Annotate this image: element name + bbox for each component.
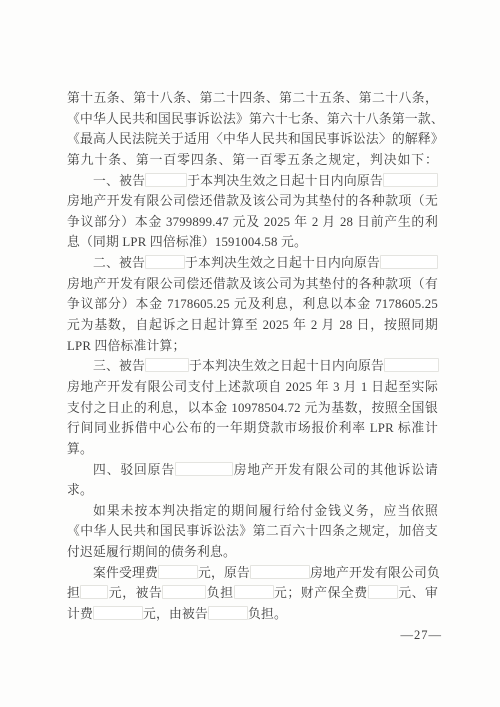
text-line: 三、被告于本判决生效之日起十日内向原告 (67, 356, 438, 377)
text-line: 争议部分）本金 7178605.25 元及利息，利息以本金 7178605.25 (67, 294, 438, 315)
text-line: 房地产开发有限公司支付上述款项自 2025 年 3 月 1 日起至实际 (67, 377, 438, 398)
redaction-blank (380, 255, 438, 269)
text-segment: 元；财产保全费 (274, 586, 368, 600)
text-line: 担元，被告负担元；财产保全费元、审 (67, 583, 438, 604)
text-line: 算。 (67, 439, 438, 460)
text-segment: 担 (67, 586, 80, 600)
text-segment: 计费 (67, 607, 93, 621)
text-segment: 于本判决生效之日起十日内向原告 (189, 359, 384, 373)
text-segment: 四、驳回原告 (93, 463, 175, 477)
text-segment: 一、被告 (93, 174, 145, 188)
redaction-blank (93, 606, 143, 620)
text-segment: 负担。 (248, 607, 287, 621)
text-segment: 房地产开发有限公司负 (310, 566, 440, 580)
text-segment: 求。 (67, 483, 93, 497)
text-segment: 争议部分）本金 7178605.25 元及利息，利息以本金 7178605.25 (67, 297, 438, 311)
text-segment: 负担 (206, 586, 233, 600)
redaction-blank (384, 358, 439, 372)
text-line: 争议部分）本金 3799899.47 元及 2025 年 2 月 28 日前产生… (67, 212, 438, 233)
redaction-blank (158, 565, 198, 579)
text-segment: 元，由被告 (143, 607, 208, 621)
text-line: 行间同业拆借中心公布的一年期贷款市场报价利率 LPR 标准计 (67, 418, 438, 439)
document-page: 第十五条、第十八条、第二十四条、第二十五条、第二十八条，《中华人民共和国民事诉讼… (0, 0, 500, 707)
text-line: 《中华人民共和国民事诉讼法》第二百六十四条之规定，加倍支 (67, 521, 438, 542)
text-line: 第十五条、第十八条、第二十四条、第二十五条、第二十八条， (67, 88, 438, 109)
redaction-blank (208, 606, 248, 620)
text-line: 案件受理费元，原告房地产开发有限公司负 (67, 563, 438, 584)
page-number: —27— (401, 628, 443, 643)
redaction-blank (383, 173, 438, 187)
text-line: 元为基数，自起诉之日起计算至 2025 年 2 月 28 日，按照同期 (67, 315, 438, 336)
text-segment: 三、被告 (93, 359, 145, 373)
text-segment: 房地产开发有限公司的其他诉讼请 (233, 463, 438, 477)
text-segment: 算。 (67, 442, 93, 456)
text-segment: 于本判决生效之日起十日内向原告 (185, 256, 380, 270)
text-line: 息（同期 LPR 四倍标准）1591004.58 元。 (67, 232, 438, 253)
text-segment: 《中华人民共和国民事诉讼法》第二百六十四条之规定，加倍支 (67, 524, 438, 538)
text-segment: 如果未按本判决指定的期间履行给付金钱义务，应当依照 (93, 504, 438, 518)
text-line: 《中华人民共和国民事诉讼法》第六十七条、第六十八条第一款、 (67, 109, 438, 130)
text-segment: 行间同业拆借中心公布的一年期贷款市场报价利率 LPR 标准计 (67, 421, 438, 435)
text-segment: 争议部分）本金 3799899.47 元及 2025 年 2 月 28 日前产生… (67, 215, 438, 229)
text-segment: 付迟延履行期间的债务利息。 (67, 545, 236, 559)
text-line: 一、被告于本判决生效之日起十日内向原告 (67, 171, 438, 192)
redaction-blank (368, 585, 398, 599)
redaction-blank (145, 358, 189, 372)
redaction-blank (145, 255, 185, 269)
judgment-text-block: 第十五条、第十八条、第二十四条、第二十五条、第二十八条，《中华人民共和国民事诉讼… (67, 88, 438, 625)
text-line: 房地产开发有限公司偿还借款及该公司为其垫付的各种款项（无 (67, 191, 438, 212)
text-segment: 支付之日止的利息，以本金 10978504.72 元为基数，按照全国银 (67, 401, 438, 415)
text-line: 四、驳回原告房地产开发有限公司的其他诉讼请 (67, 460, 438, 481)
text-line: 付迟延履行期间的债务利息。 (67, 542, 438, 563)
text-segment: 第十五条、第十八条、第二十四条、第二十五条、第二十八条， (67, 91, 438, 105)
text-segment: 《中华人民共和国民事诉讼法》第六十七条、第六十八条第一款、 (67, 112, 444, 126)
text-line: 计费元，由被告负担。 (67, 604, 438, 625)
text-line: 二、被告于本判决生效之日起十日内向原告 (67, 253, 438, 274)
redaction-blank (175, 462, 233, 476)
text-segment: 元，原告 (198, 566, 250, 580)
redaction-blank (145, 173, 187, 187)
redaction-blank (234, 585, 274, 599)
text-line: 《最高人民法院关于适用〈中华人民共和国民事诉讼法〉的解释》 (67, 129, 438, 150)
text-segment: LPR 四倍标准计算； (67, 339, 185, 353)
text-segment: 房地产开发有限公司偿还借款及该公司为其垫付的各种款项（无 (67, 194, 438, 208)
text-segment: 第九十条、第一百零四条、第一百零五条之规定，判决如下： (67, 153, 438, 167)
redaction-blank (80, 585, 108, 599)
text-segment: 元，被告 (108, 586, 162, 600)
text-segment: 房地产开发有限公司偿还借款及该公司为其垫付的各种款项（有 (67, 277, 438, 291)
text-segment: 于本判决生效之日起十日内向原告 (187, 174, 383, 188)
text-segment: 《最高人民法院关于适用〈中华人民共和国民事诉讼法〉的解释》 (67, 132, 444, 146)
text-line: LPR 四倍标准计算； (67, 336, 438, 357)
text-line: 支付之日止的利息，以本金 10978504.72 元为基数，按照全国银 (67, 398, 438, 419)
text-segment: 房地产开发有限公司支付上述款项自 2025 年 3 月 1 日起至实际 (67, 380, 438, 394)
text-segment: 案件受理费 (93, 566, 158, 580)
text-line: 求。 (67, 480, 438, 501)
redaction-blank (162, 585, 206, 599)
text-segment: 元、审 (398, 586, 438, 600)
text-line: 房地产开发有限公司偿还借款及该公司为其垫付的各种款项（有 (67, 274, 438, 295)
text-line: 第九十条、第一百零四条、第一百零五条之规定，判决如下： (67, 150, 438, 171)
text-segment: 二、被告 (93, 256, 145, 270)
text-segment: 息（同期 LPR 四倍标准）1591004.58 元。 (67, 235, 307, 249)
text-line: 如果未按本判决指定的期间履行给付金钱义务，应当依照 (67, 501, 438, 522)
text-segment: 元为基数，自起诉之日起计算至 2025 年 2 月 28 日，按照同期 (67, 318, 438, 332)
redaction-blank (250, 565, 310, 579)
